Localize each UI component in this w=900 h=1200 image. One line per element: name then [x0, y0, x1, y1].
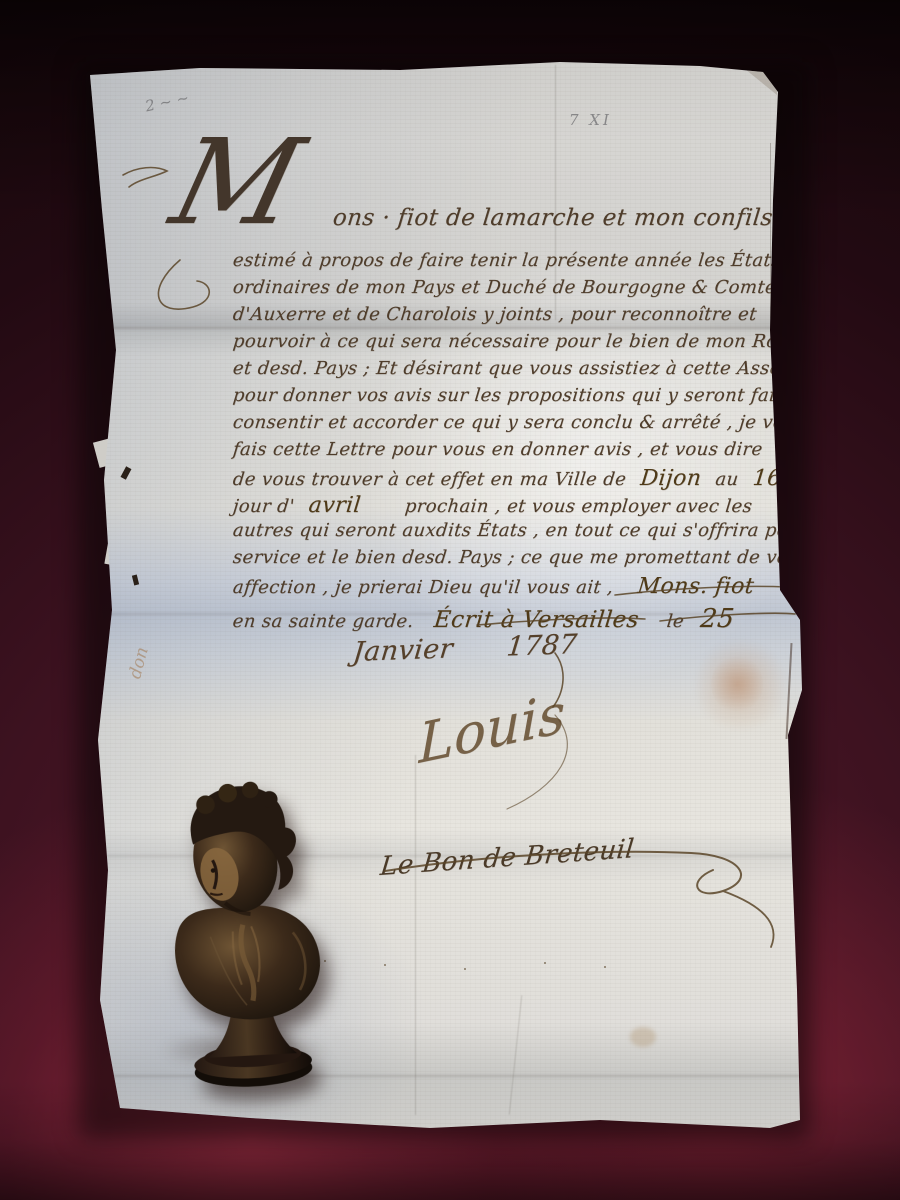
letter-initial: M: [162, 123, 313, 241]
letter-line: en sa sainte garde. Écrit à Versailles l…: [231, 604, 735, 634]
stain: [630, 1027, 656, 1047]
letter-line: jour d' avril prochain , et vous employe…: [232, 493, 754, 518]
fold-crease: [85, 327, 805, 329]
photo-scene: 2 ~ ~ 7 XI don M ons · fiot de lamarche …: [0, 0, 900, 1200]
letter-word: jour d': [232, 496, 296, 517]
letter-word: affection , je prierai Dieu qu'il vous a…: [232, 577, 615, 598]
countersignature: Le Bon de Breteuil: [379, 834, 636, 882]
addressee-name: ons · fiot de lamarche et mon confils: [332, 205, 775, 231]
letter-line: service et le bien desd. Pays ; ce que m…: [232, 547, 817, 568]
ink-mark: [132, 575, 139, 586]
letter-word: le: [666, 611, 685, 632]
letter-line: de vous trouver à cet effet en ma Ville …: [232, 466, 791, 491]
letter-line: affection , je prierai Dieu qu'il vous a…: [232, 574, 756, 599]
letter-line: pour donner vos avis sur les proposition…: [232, 385, 817, 406]
place-written: Écrit à Versailles: [433, 607, 641, 633]
date-number: 25: [699, 604, 736, 634]
letter-line: ordinaires de mon Pays et Duché de Bourg…: [232, 277, 787, 298]
letter-line: et desd. Pays ; Et désirant que vous ass…: [232, 358, 840, 379]
letter-word: au: [714, 469, 739, 490]
fold-crease: [509, 995, 523, 1114]
letter-line: consentir et accorder ce qui y sera conc…: [232, 412, 807, 433]
ink-mark: [121, 466, 132, 479]
closing-salutation: Mons. fiot: [636, 574, 755, 599]
wax-seal-stain: [711, 655, 763, 713]
letter-word: prochain , et vous employer avec les: [404, 496, 754, 517]
royal-signature: Louis: [419, 681, 566, 777]
letter-line: pourvoir à ce qui sera nécessaire pour l…: [232, 331, 841, 352]
pencil-annotation: 2 ~ ~: [144, 89, 191, 116]
letter-word: de vous trouver à cet effet en ma Ville …: [232, 469, 628, 490]
letter-line: autres qui seront auxdits États , en tou…: [232, 520, 857, 541]
bust-sculpture-icon: [138, 765, 344, 1095]
margin-note: don: [125, 645, 153, 681]
pencil-annotation: 7 XI: [569, 111, 612, 129]
month-name: avril: [307, 493, 362, 518]
fold-crease: [415, 755, 416, 1115]
letter-word: en sa sainte garde.: [232, 611, 415, 632]
city-name: Dijon: [639, 466, 703, 491]
letter-line: fais cette Lettre pour vous en donner av…: [232, 439, 764, 460]
dateline: Janvier 1787: [351, 629, 578, 668]
bronze-seal-bust: [138, 765, 344, 1095]
letter-line: estimé à propos de faire tenir la présen…: [232, 250, 782, 271]
letter-line: d'Auxerre et de Charolois y joints , pou…: [232, 304, 758, 325]
